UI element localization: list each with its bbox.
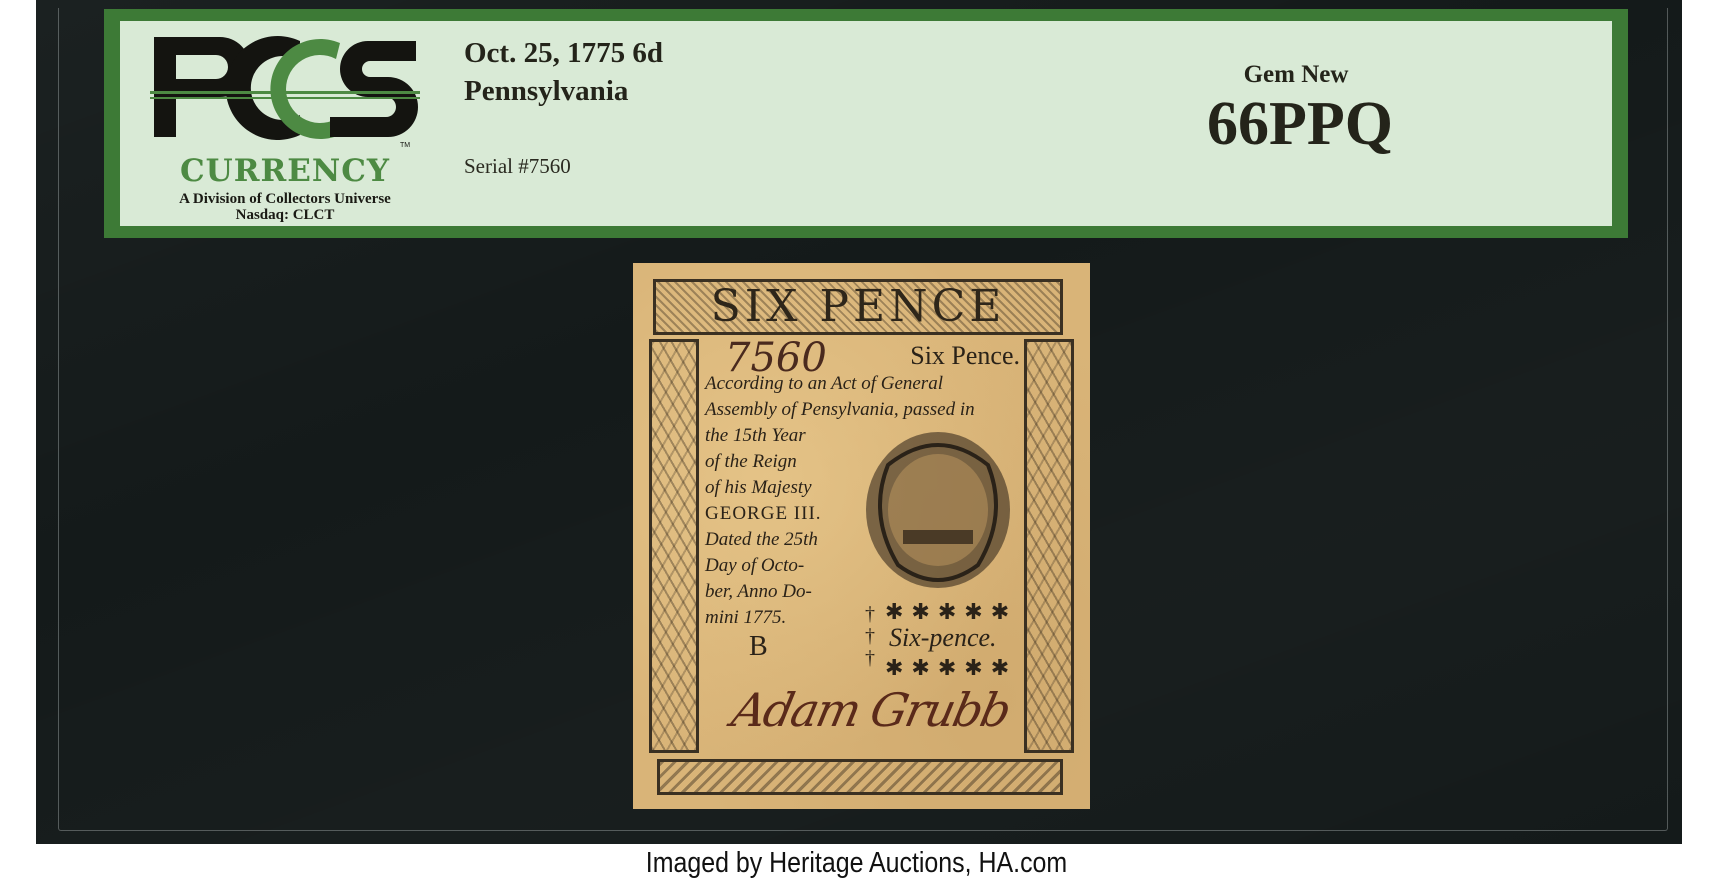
division-text: A Division of Collectors Universe Nasdaq… [140,191,430,223]
star-row-top: ✱✱✱✱✱ [885,599,1017,625]
grade-value: 66PPQ [1170,89,1430,160]
text-line: Assembly of Pensylvania, passed in [705,397,1025,423]
note-right-border [1024,339,1074,753]
cross-ornaments: ††† [865,603,875,669]
ticker-line: Nasdaq: CLCT [140,207,430,223]
grading-label: TM CURRENCY A Division of Collectors Uni… [104,9,1628,238]
plate-letter: B [749,631,768,663]
note-issuer: Pennsylvania [464,75,628,108]
note-bottom-banner [657,759,1063,795]
image-credit-caption: Imaged by Heritage Auctions, HA.com [120,847,1593,880]
coat-of-arms-icon [858,425,1018,595]
star-row-bottom: ✱✱✱✱✱ [885,655,1017,681]
currency-wordmark: CURRENCY [144,153,426,189]
signature: Adam Grubb [727,683,1014,737]
svg-text:TM: TM [400,142,410,149]
grade-description: Gem New [1196,61,1396,89]
colonial-note: SIX PENCE 7560 Six Pence. According to a… [633,263,1090,809]
serial-number: Serial #7560 [464,154,571,179]
denomination-header: Six Pence. [910,341,1020,371]
grading-label-inner: TM CURRENCY A Division of Collectors Uni… [120,21,1612,226]
note-date-denomination: Oct. 25, 1775 6d [464,37,663,70]
denomination-footer: Six-pence. [889,623,997,653]
note-top-banner: SIX PENCE [653,279,1063,335]
division-line: A Division of Collectors Universe [140,191,430,207]
text-line: According to an Act of General [705,371,1025,397]
pcgs-currency-logo: TM CURRENCY A Division of Collectors Uni… [140,27,430,217]
pcgs-logo-icon: TM [150,31,420,149]
note-left-border [649,339,699,753]
